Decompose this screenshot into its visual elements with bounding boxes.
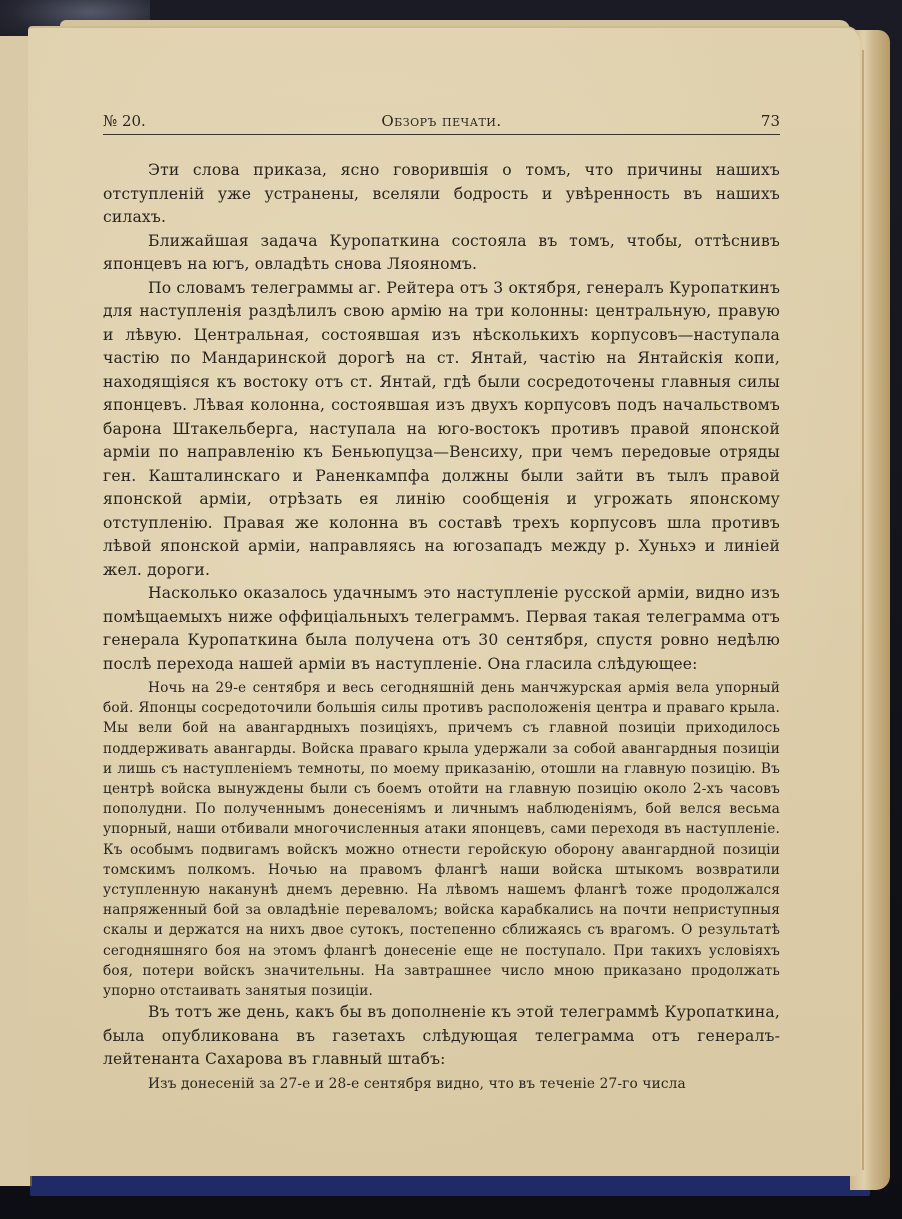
paragraph: Въ тотъ же день, какъ бы въ дополненіе к… [103,1001,780,1072]
article-body: Эти слова приказа, ясно говорившія о том… [103,159,780,1094]
running-header: № 20. Обзоръ печати. 73 [103,108,780,135]
page-stack-line [862,50,864,1170]
quoted-telegram: Ночь на 29-е сентября и весь сегодняшній… [103,678,780,1001]
paragraph: По словамъ телеграммы аг. Рейтера отъ 3 … [103,277,780,583]
paragraph: Насколько оказалось удачнымъ это наступл… [103,582,780,676]
quoted-telegram: Изъ донесеній за 27-е и 28-е сентября ви… [103,1074,780,1094]
scanned-book-scene: № 20. Обзоръ печати. 73 Эти слова приказ… [0,0,902,1219]
section-title: Обзоръ печати. [103,112,780,130]
paragraph: Эти слова приказа, ясно говорившія о том… [103,159,780,230]
paragraph: Ближайшая задача Куропаткина состояла въ… [103,230,780,277]
page-number: 73 [761,112,780,130]
page-content: № 20. Обзоръ печати. 73 Эти слова приказ… [103,108,780,1094]
